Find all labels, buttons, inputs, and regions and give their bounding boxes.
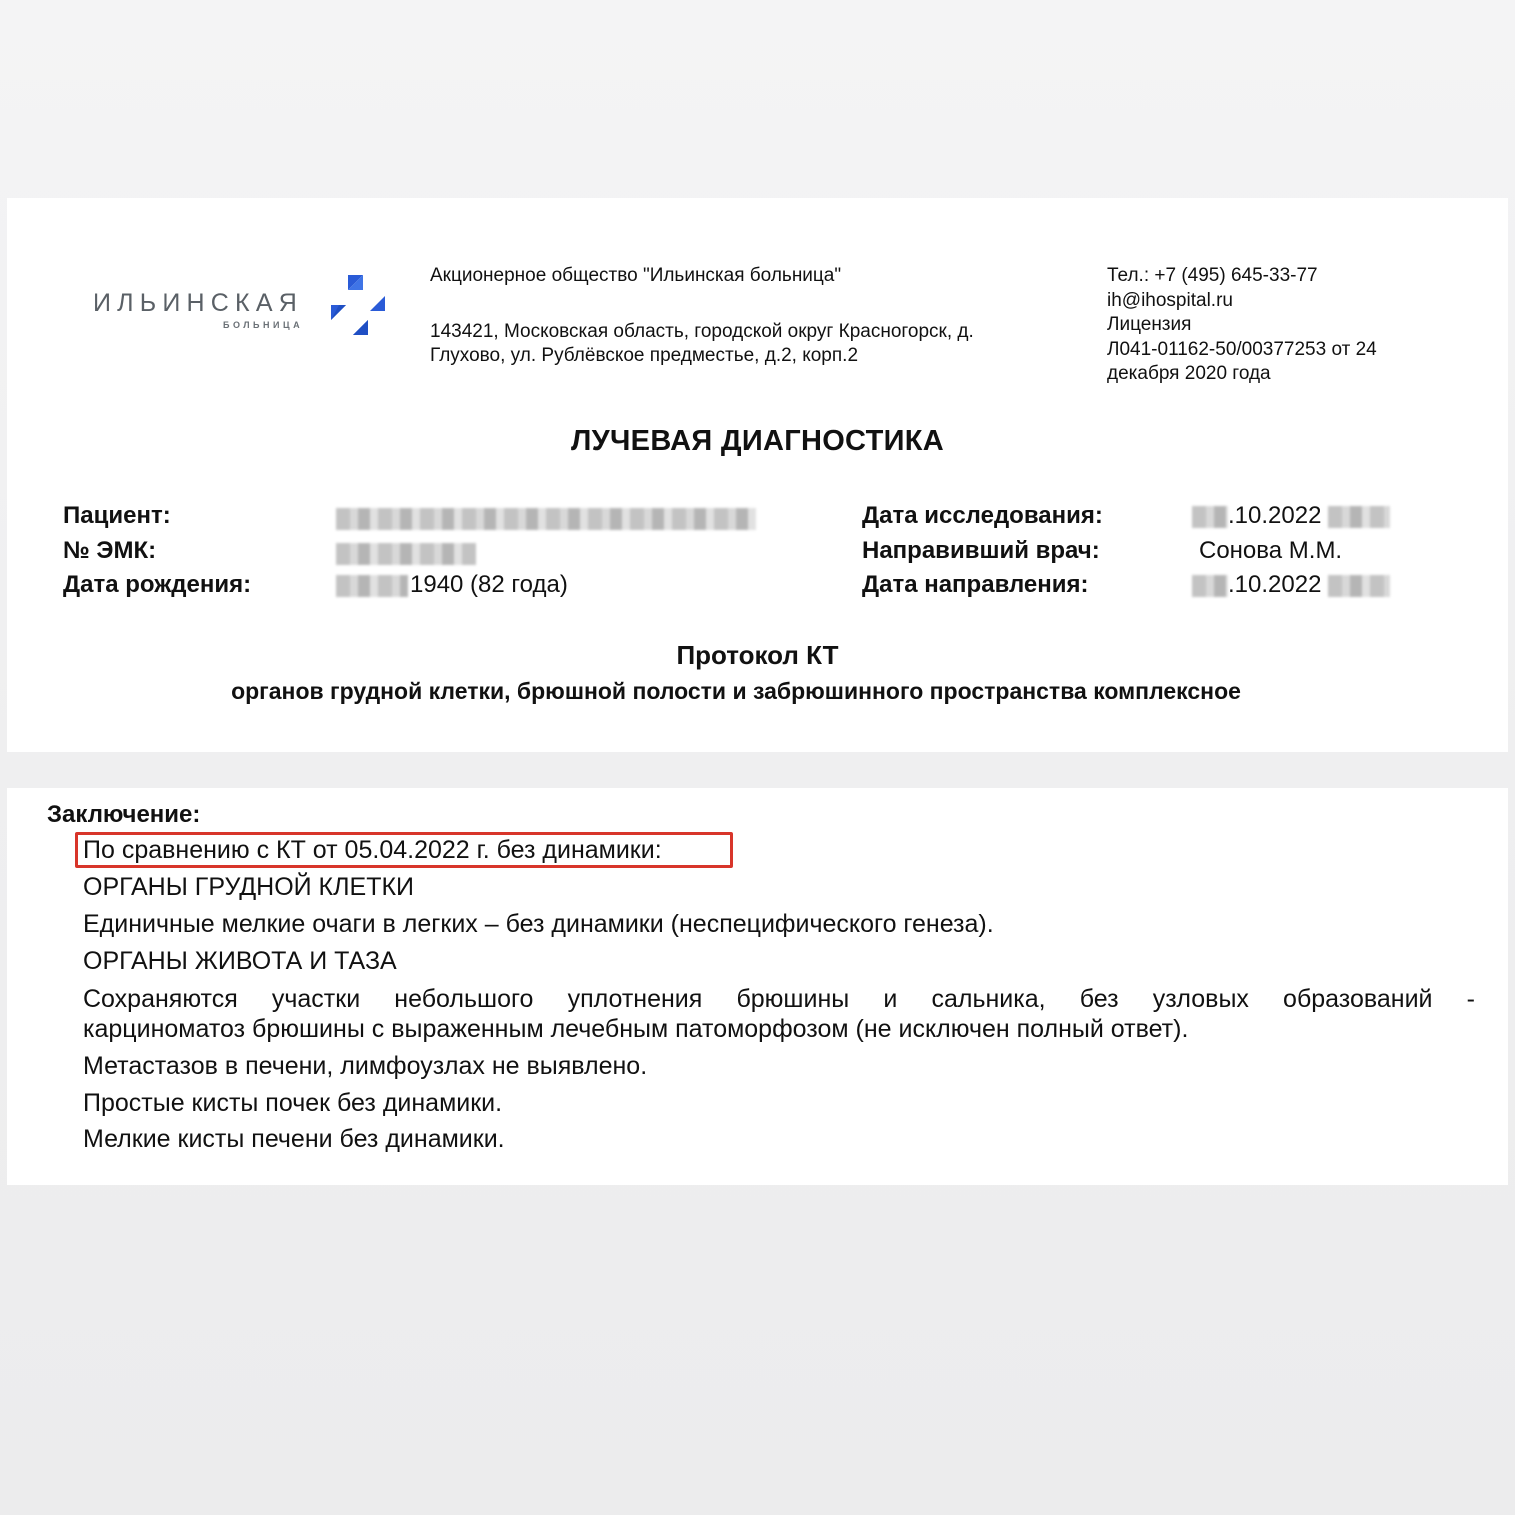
- organization-address: 143421, Московская область, городской ок…: [430, 320, 1040, 368]
- license-text: Л041-01162-50/00377253 от 24 декабря 202…: [1107, 338, 1427, 387]
- section-heading-abdomen: ОРГАНЫ ЖИВОТА И ТАЗА: [83, 947, 397, 976]
- conclusion-line-metastases: Метастазов в печени, лимфоузлах не выявл…: [83, 1052, 647, 1081]
- hospital-logo: ИЛЬИНСКАЯ БОЛЬНИЦА: [93, 285, 393, 345]
- protocol-title: Протокол КТ: [0, 640, 1515, 671]
- emk-number-redacted: [336, 539, 476, 567]
- birthdate-label: Дата рождения:: [63, 571, 251, 599]
- logo-subtitle: БОЛЬНИЦА: [223, 320, 303, 330]
- conclusion-line-kidney-cysts: Простые кисты почек без динамики.: [83, 1089, 502, 1118]
- hospital-cross-logo-icon: [321, 273, 391, 343]
- conclusion-highlighted-line: По сравнению с КТ от 05.04.2022 г. без д…: [83, 836, 662, 865]
- organization-block: Акционерное общество "Ильинская больница…: [430, 264, 1040, 368]
- emk-label: № ЭМК:: [63, 537, 156, 565]
- section-heading-chest: ОРГАНЫ ГРУДНОЙ КЛЕТКИ: [83, 873, 414, 902]
- phone-number: Тел.: +7 (495) 645-33-77: [1107, 264, 1427, 289]
- email-address: ih@ihospital.ru: [1107, 289, 1427, 314]
- referring-doctor-label: Направивший врач:: [862, 537, 1100, 565]
- patient-label: Пациент:: [63, 502, 171, 530]
- birthdate-value: 1940 (82 года): [336, 571, 568, 599]
- license-label: Лицензия: [1107, 313, 1427, 338]
- logo-wordmark: ИЛЬИНСКАЯ: [93, 289, 303, 318]
- page-title: ЛУЧЕВАЯ ДИАГНОСТИКА: [0, 425, 1515, 458]
- conclusion-line-lungs: Единичные мелкие очаги в легких – без ди…: [83, 910, 994, 939]
- conclusion-paragraph-peritoneum-line2: карциноматоз брюшины с выраженным лечебн…: [83, 1015, 1188, 1044]
- organization-name: Акционерное общество "Ильинская больница…: [430, 264, 1040, 288]
- referral-date-label: Дата направления:: [862, 571, 1089, 599]
- patient-name-redacted: [336, 504, 756, 532]
- study-date-value: .10.2022: [1192, 502, 1390, 530]
- referring-doctor-value: Сонова М.М.: [1199, 537, 1342, 565]
- conclusion-paragraph-peritoneum: Сохраняются участки небольшого уплотнени…: [83, 983, 1475, 1015]
- protocol-subtitle: органов грудной клетки, брюшной полости …: [0, 678, 1472, 705]
- conclusion-label: Заключение:: [47, 801, 200, 829]
- contact-block: Тел.: +7 (495) 645-33-77 ih@ihospital.ru…: [1107, 264, 1427, 387]
- referral-date-value: .10.2022: [1192, 571, 1390, 599]
- conclusion-line-liver-cysts: Мелкие кисты печени без динамики.: [83, 1125, 505, 1154]
- study-date-label: Дата исследования:: [862, 502, 1103, 530]
